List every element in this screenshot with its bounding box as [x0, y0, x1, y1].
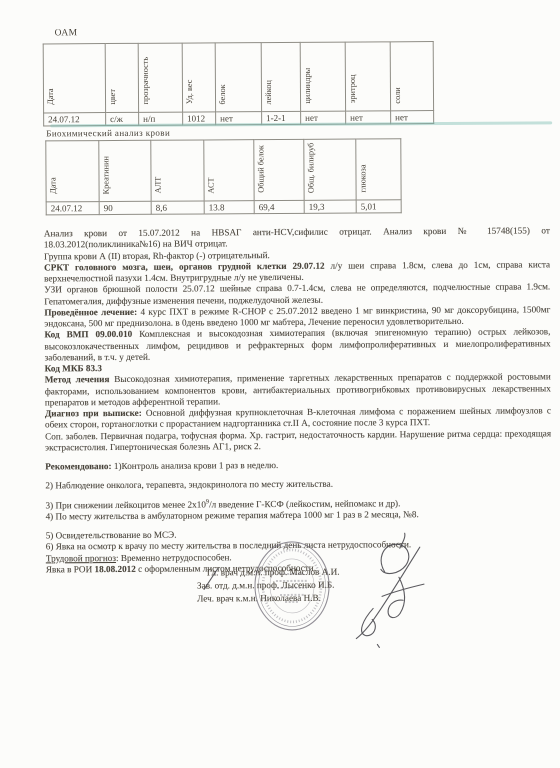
biochem-section-label: Биохимический анализ крови: [46, 128, 170, 139]
table-cell: 13.8: [204, 201, 254, 214]
scanned-discharge-summary: ОАМ ДатацветпрозрачностьУд. весбелоклейк…: [0, 0, 560, 768]
table-cell: 19,3: [304, 200, 356, 213]
column-header: Дата: [43, 44, 105, 113]
urinalysis-table: ДатацветпрозрачностьУд. весбелоклейкоцци…: [43, 41, 434, 126]
paragraph: 4) По месту жительства в амбулаторном ре…: [46, 508, 552, 522]
paragraph: Проведённое лечение: 4 курс ПХТ в режиме…: [44, 304, 550, 330]
signature-line: Леч. врач к.м.н. Николаева Н.В.: [197, 592, 340, 606]
column-header: АСТ: [204, 140, 254, 201]
paragraph: Код ВМП 09.00.010 Комплексная и высокодо…: [44, 327, 550, 364]
column-header: Общий белок: [254, 139, 304, 200]
column-header: цвет: [105, 43, 138, 112]
column-header: цилиндры: [300, 42, 345, 111]
signature-line: Зав. отд. д.м.н. проф. Лысенко И.Б.: [197, 579, 340, 593]
paragraph: 2) Наблюдение онколога, терапевта, эндок…: [45, 478, 551, 492]
column-header: прозрачность: [138, 43, 182, 112]
table-cell: 90: [99, 201, 151, 214]
column-header: эритроц: [345, 42, 390, 111]
table-cell: 5,01: [356, 200, 401, 213]
paragraph: Соп. заболев. Первичная подагра, тофусна…: [45, 428, 551, 454]
column-header: Уд. вес: [182, 43, 215, 112]
table-cell: 8,6: [151, 201, 204, 214]
column-header: Креатинин: [99, 140, 151, 201]
oam-section-label: ОАМ: [55, 28, 78, 38]
header-row: ДатаКреатининАЛТАСТОбщий белокОбщ. билир…: [46, 139, 401, 202]
column-header: АЛТ: [151, 140, 204, 201]
table-cell: 24.07.12: [46, 202, 99, 215]
column-header: Дата: [46, 141, 99, 202]
paragraph: УЗИ органов брюшной полости 25.07.12 шей…: [44, 282, 550, 308]
signature-block: Гл. врач д.м.н. проф. Маслов А.И.Зав. от…: [197, 566, 340, 606]
column-header: белок: [215, 43, 261, 112]
values-row: 24.07.12908,613.869,419,35,01: [46, 200, 401, 215]
biochemistry-table: ДатаКреатининАЛТАСТОбщий белокОбщ. билир…: [45, 138, 401, 215]
column-header: Общ. билируб: [304, 139, 356, 200]
paragraph: Рекомендовано: 1)Контроль анализа крови …: [45, 458, 551, 472]
column-header: глюкоза: [356, 139, 401, 200]
report-text: Анализ крови от 15.07.2012 на HBSAГ анти…: [44, 225, 552, 575]
paragraph: Диагноз при выписке: Основной диффузная …: [45, 405, 551, 431]
paragraph: СРКТ головного мозга, шеи, органов грудн…: [44, 259, 550, 285]
paragraph: Анализ крови от 15.07.2012 на HBSAГ анти…: [44, 225, 550, 251]
table-cell: 69,4: [254, 200, 304, 213]
header-row: ДатацветпрозрачностьУд. весбелоклейкоцци…: [43, 42, 433, 113]
column-header: лейкоц: [261, 42, 300, 111]
signature-line: Гл. врач д.м.н. проф. Маслов А.И.: [197, 566, 340, 580]
paragraph: Метод лечения Высокодозная химиотерапия,…: [45, 372, 551, 409]
column-header: соли: [390, 42, 433, 111]
